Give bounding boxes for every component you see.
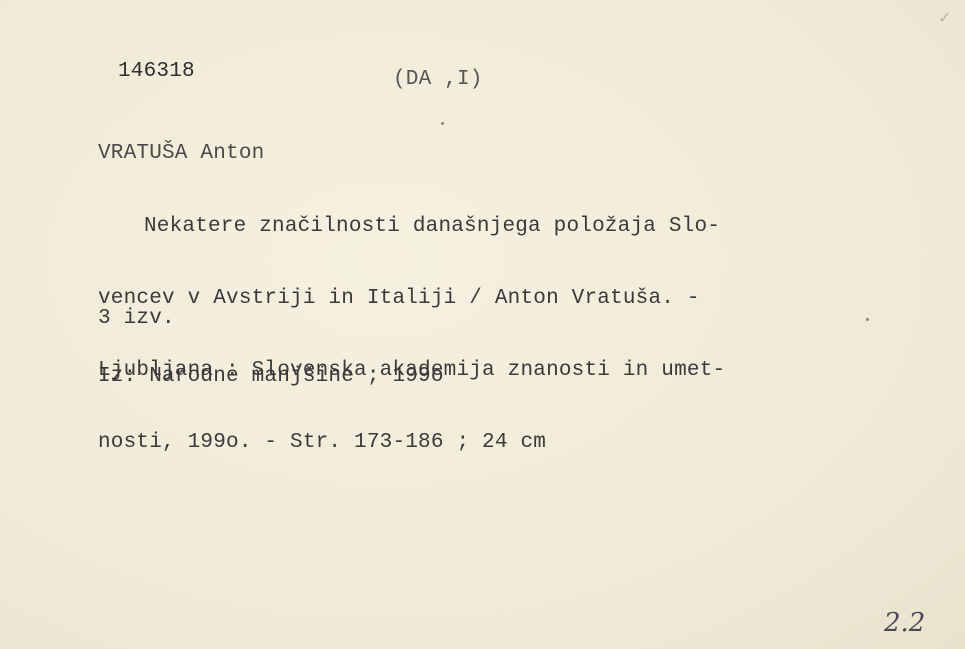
author-heading: VRATUŠA Anton <box>98 142 264 166</box>
ink-speck <box>866 318 869 321</box>
location-code: (DA ,I) <box>393 68 483 92</box>
series-note: Iz: Narodne manjšine ; 199o <box>98 365 444 389</box>
call-number: 146318 <box>118 60 195 84</box>
ink-speck <box>441 122 444 125</box>
copies-note: 3 izv. <box>98 307 175 331</box>
catalog-card: 146318 (DA ,I) VRATUŠA Anton Nekatere zn… <box>0 0 965 649</box>
description-line: nosti, 199o. - Str. 173-186 ; 24 cm <box>98 431 725 455</box>
handwritten-number: 2.2 <box>884 608 925 638</box>
description-line: vencev v Avstriji in Italiji / Anton Vra… <box>98 287 725 311</box>
description-line: Nekatere značilnosti današnjega položaja… <box>98 215 725 239</box>
bibliographic-description: Nekatere značilnosti današnjega položaja… <box>98 167 725 503</box>
check-mark-icon: ✓ <box>938 8 951 27</box>
